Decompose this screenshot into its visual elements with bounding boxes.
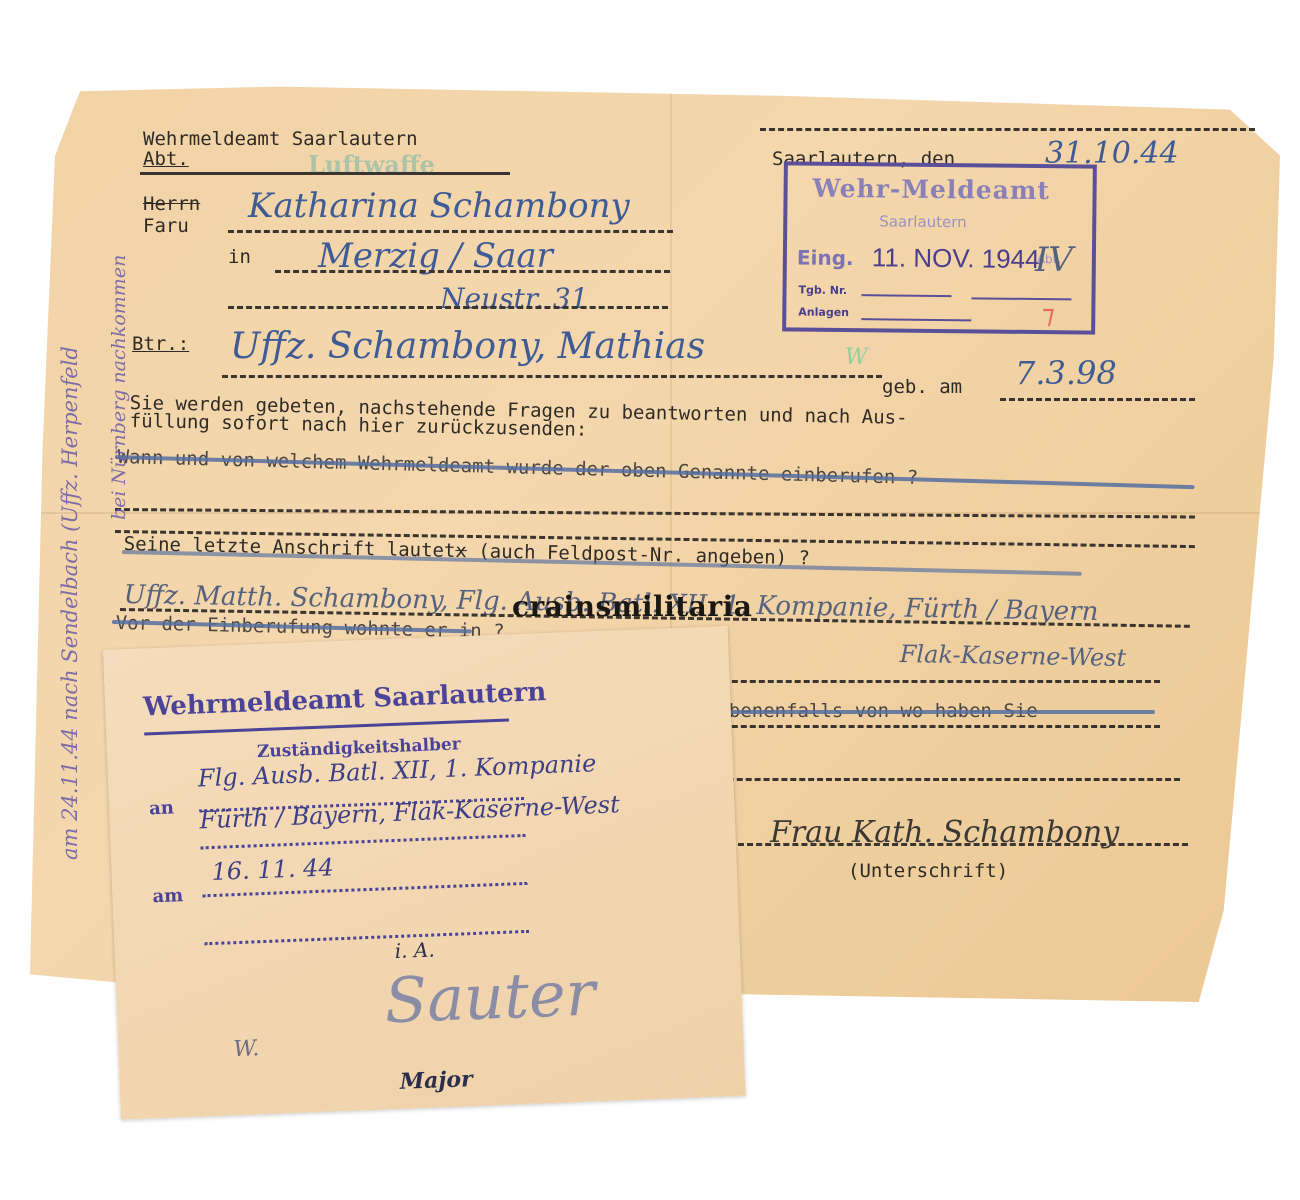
office-name: Wehrmeldeamt Saarlautern bbox=[143, 128, 418, 150]
card-an-label: an bbox=[149, 797, 175, 819]
stamp-eing-label: Eing. bbox=[797, 246, 854, 271]
stamp-tgb-label: Tgb. Nr. bbox=[798, 284, 847, 298]
subject-label: Btr.: bbox=[132, 333, 189, 355]
card-rank: Major bbox=[399, 1066, 473, 1095]
watermark: crainsmilitaria bbox=[512, 590, 752, 623]
dept-label: Abt. bbox=[143, 148, 189, 170]
card-am-label: am bbox=[152, 885, 184, 907]
address-line bbox=[228, 230, 673, 233]
red-mark: ⁊ bbox=[1042, 300, 1055, 330]
answer-line bbox=[660, 680, 1160, 683]
card-signature: Sauter bbox=[383, 956, 596, 1037]
stamp-line bbox=[971, 297, 1071, 300]
address-line bbox=[228, 306, 668, 309]
signature-line bbox=[738, 843, 1188, 846]
card-dotted-line bbox=[204, 930, 529, 945]
born-date: 7.3.98 bbox=[1015, 354, 1117, 392]
green-mark: W bbox=[845, 345, 868, 370]
answer-line bbox=[660, 725, 1160, 728]
subject-name: Uffz. Schambony, Mathias bbox=[230, 326, 705, 367]
stamp-anlagen-label: Anlagen bbox=[798, 306, 849, 320]
in-label: in bbox=[228, 246, 251, 268]
signature-label: (Unterschrift) bbox=[848, 860, 1008, 882]
stamp-city: Saarlautern bbox=[879, 212, 967, 231]
card-date: 16. 11. 44 bbox=[211, 853, 334, 886]
top-line bbox=[760, 128, 1255, 131]
stamp-line bbox=[861, 318, 971, 321]
dept-line bbox=[140, 172, 510, 175]
born-line bbox=[1000, 398, 1195, 401]
answer-line bbox=[710, 778, 1180, 781]
stamp-line bbox=[861, 294, 951, 297]
card-dotted-line bbox=[201, 834, 526, 849]
stamp-received-date: 11. NOV. 1944 bbox=[872, 242, 1040, 275]
margin-note-line-2: bei Nürnberg nachkommen bbox=[108, 255, 130, 520]
strikethrough bbox=[705, 710, 1155, 714]
card-office-stamp: Wehrmeldeamt Saarlautern bbox=[143, 677, 547, 722]
born-label: geb. am bbox=[882, 376, 962, 398]
address-line bbox=[275, 270, 670, 273]
salutation-frau: Faru bbox=[143, 215, 189, 237]
answer-2-line-2: Flak-Kaserne-West bbox=[900, 640, 1127, 672]
card-rule bbox=[144, 718, 509, 735]
stamp-abt-value: IV bbox=[1035, 240, 1073, 280]
card-initial: W. bbox=[233, 1036, 260, 1062]
addressee-street: Neustr. 31 bbox=[440, 282, 588, 315]
card-i-a: i. A. bbox=[394, 937, 435, 963]
subject-line bbox=[222, 375, 882, 378]
addressee-name: Katharina Schambony bbox=[248, 186, 630, 226]
stamp-title: Wehr-Meldeamt bbox=[812, 174, 1050, 205]
card-recipient-line-2: Fürth / Bayern, Flak-Kaserne-West bbox=[199, 790, 620, 834]
salutation-herrn: Herrn bbox=[143, 193, 200, 215]
forwarding-card: Wehrmeldeamt Saarlautern Zuständigkeitsh… bbox=[103, 626, 746, 1120]
margin-note-line-1: am 24.11.44 nach Sendelbach (Uffz. Herpe… bbox=[58, 346, 82, 860]
